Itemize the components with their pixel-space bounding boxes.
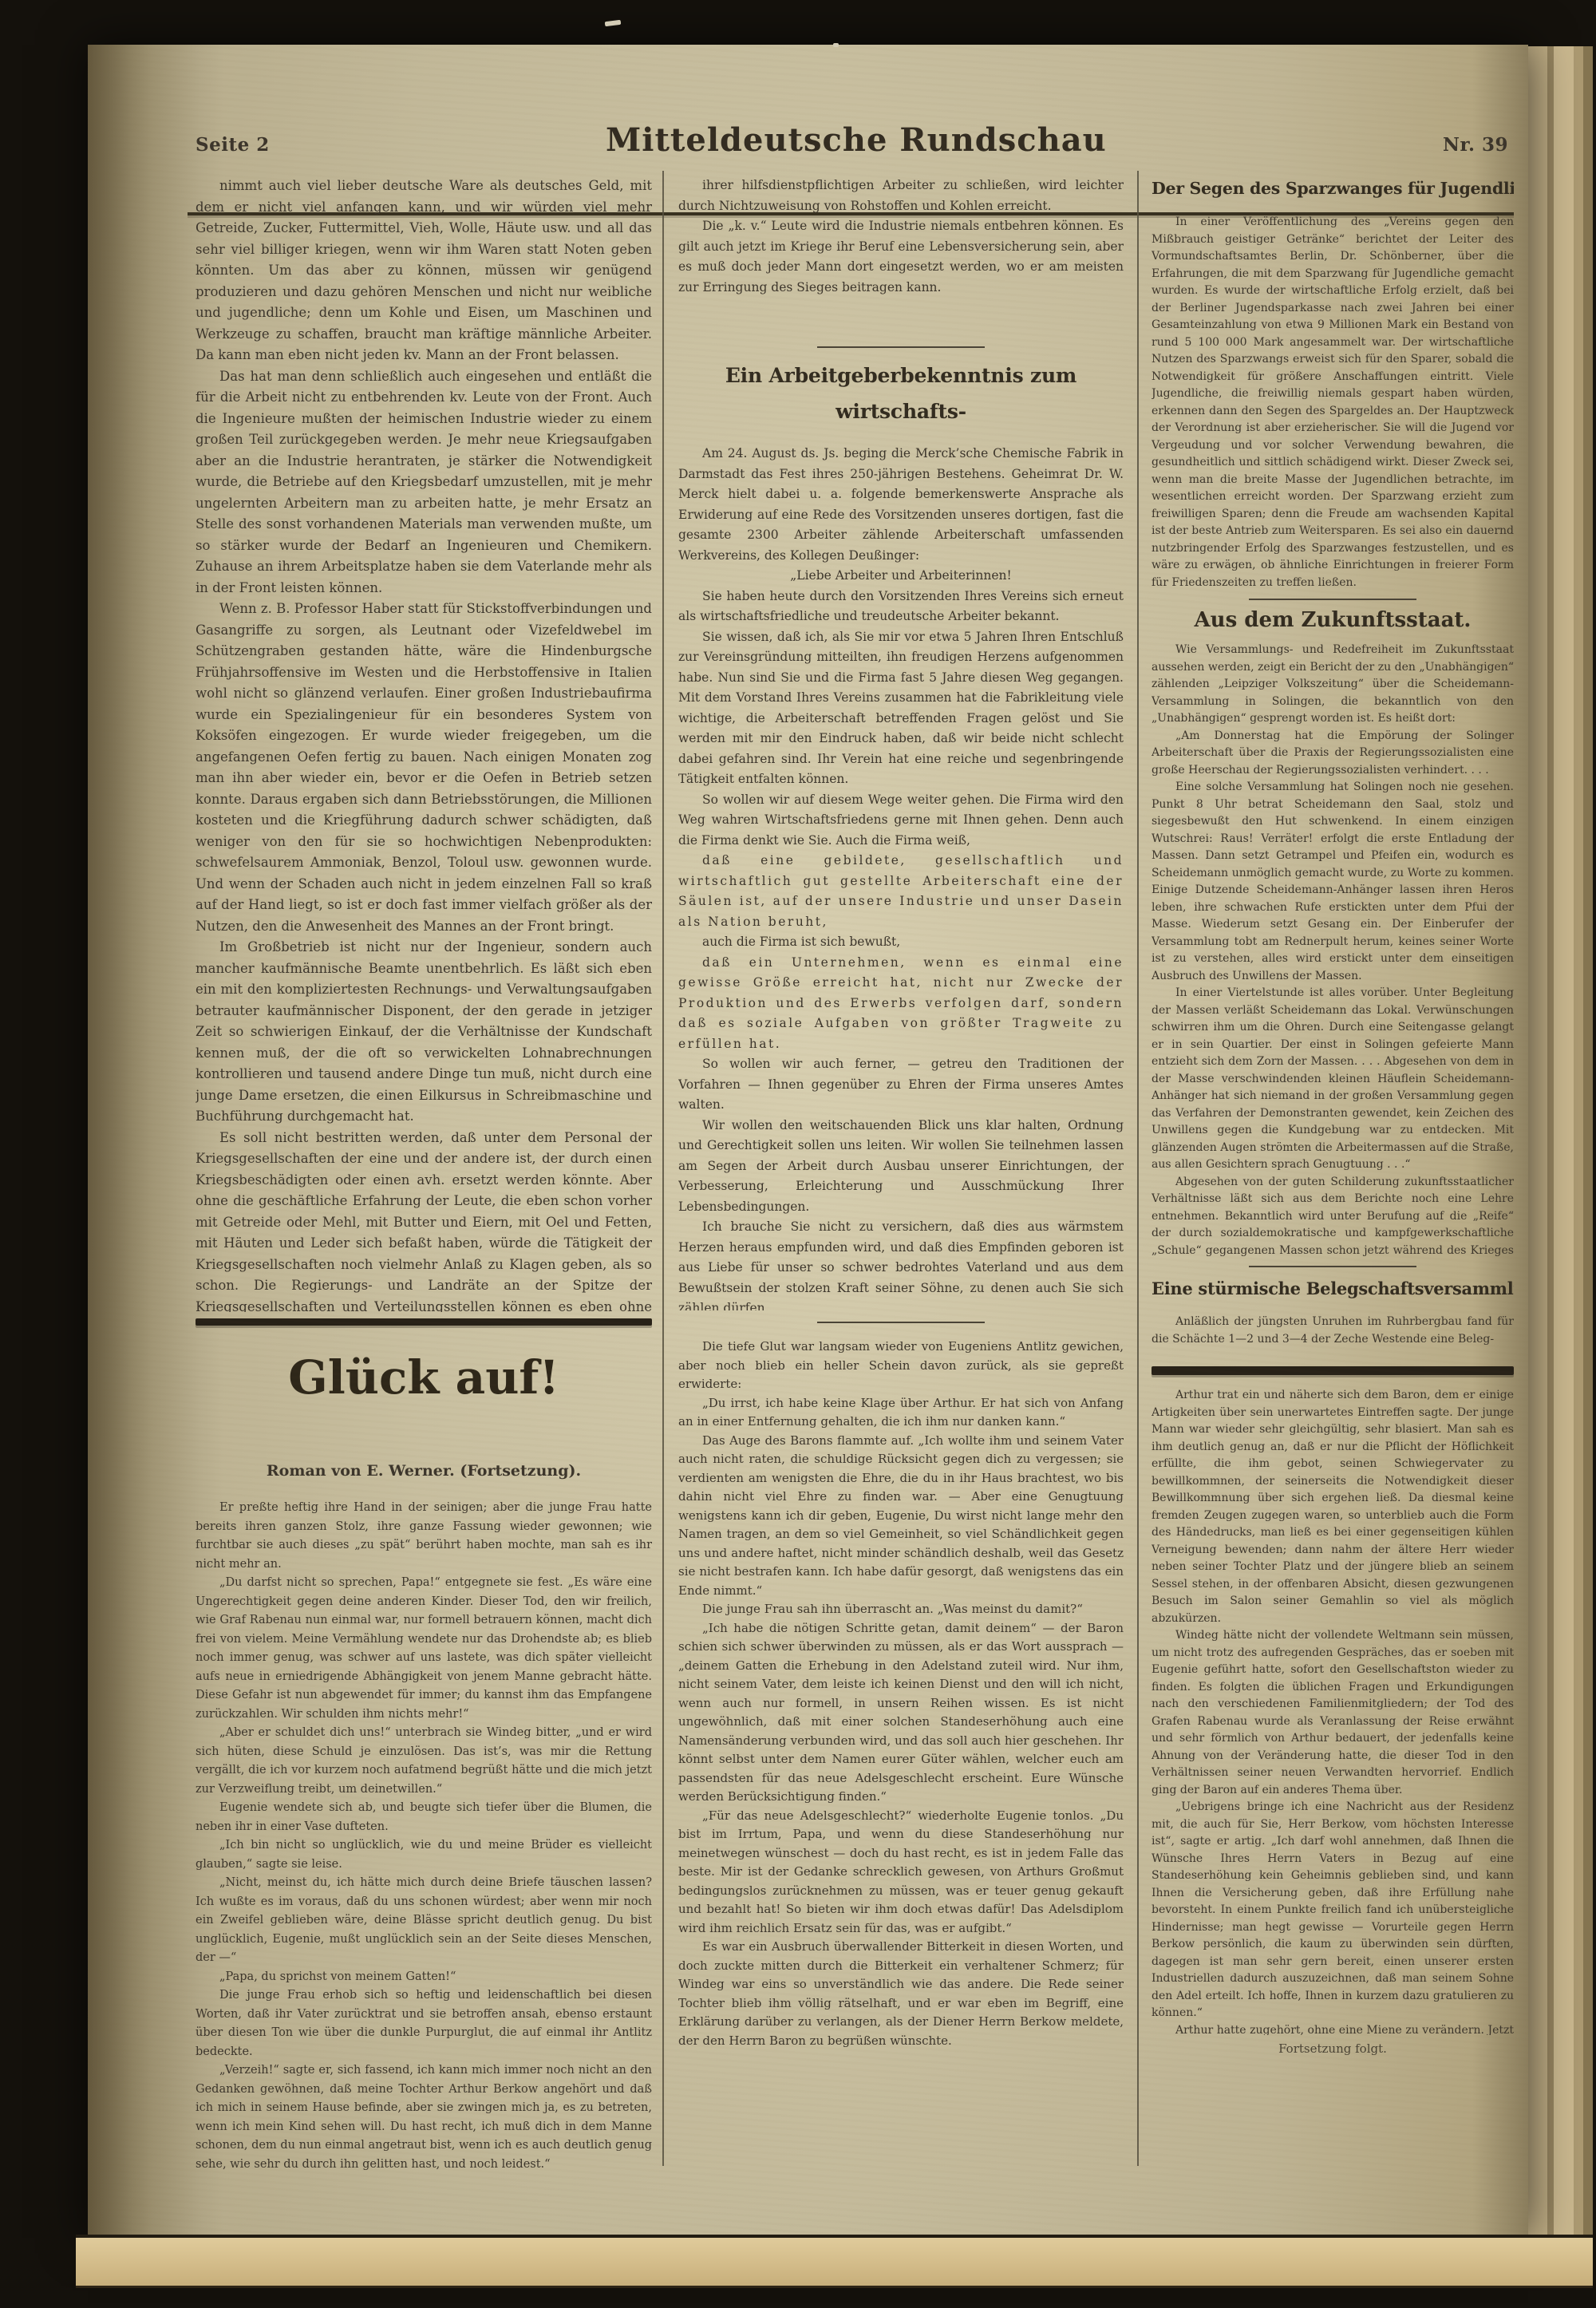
- paragraph: Abgesehen von der guten Schilderung zuku…: [1152, 1174, 1514, 1259]
- column3-article1-text: In einer Veröffentlichung des „Vereins g…: [1152, 214, 1514, 592]
- paragraph: Anläßlich der jüngsten Unruhen im Ruhrbe…: [1152, 1314, 1514, 1348]
- headline-rule: [817, 346, 985, 348]
- paragraph: Das hat man denn schließlich auch einges…: [196, 366, 652, 599]
- paragraph: „Ich habe die nötigen Schritte getan, da…: [678, 1619, 1124, 1807]
- paragraph: Sie haben heute durch den Vorsitzenden I…: [678, 587, 1124, 627]
- headline-rule: [1249, 1266, 1416, 1267]
- column-separator-rule: [1137, 171, 1139, 2166]
- column3-article2-text: Wie Versammlungs- und Redefreiheit im Zu…: [1152, 642, 1514, 1258]
- paragraph: „Du darfst nicht so sprechen, Papa!“ ent…: [196, 1574, 652, 1724]
- scan-artifact: [605, 20, 622, 26]
- feuilleton-title: Glück auf!: [196, 1350, 652, 1417]
- paragraph: Die tiefe Glut war langsam wieder von Eu…: [678, 1338, 1124, 1394]
- feuilleton-byline: Roman von E. Werner. (Fortsetzung).: [196, 1462, 652, 1486]
- paragraph: „Verzeih!“ sagte er, sich fassend, ich k…: [196, 2061, 652, 2171]
- paragraph: Es soll nicht bestritten werden, daß unt…: [196, 1128, 652, 1313]
- paragraph: Am 24. August ds. Js. beging die Merck’s…: [678, 444, 1124, 566]
- paragraph: „Aber er schuldet dich uns!“ unterbrach …: [196, 1724, 652, 1799]
- paragraph: Die junge Frau erhob sich so heftig und …: [196, 1986, 652, 2061]
- paragraph: Er preßte heftig ihre Hand in der seinig…: [196, 1499, 652, 1574]
- column1-top-article: nimmt auch viel lieber deutsche Ware als…: [196, 176, 652, 1312]
- paragraph: Arthur hatte zugehört, ohne eine Miene z…: [1152, 2022, 1514, 2036]
- paragraph: Es war ein Ausbruch überwallender Bitter…: [678, 1938, 1124, 2050]
- section-divider-rule: [196, 1318, 652, 1326]
- paragraph: Wie Versammlungs- und Redefreiheit im Zu…: [1152, 642, 1514, 728]
- paragraph: nimmt auch viel lieber deutsche Ware als…: [196, 176, 652, 366]
- fore-edge-page-layer: [1547, 46, 1554, 2282]
- paragraph: In einer Veröffentlichung des „Vereins g…: [1152, 214, 1514, 591]
- fore-edge-page-layer: [1583, 46, 1593, 2282]
- paragraph: „Ich bin nicht so unglücklich, wie du un…: [196, 1836, 652, 1874]
- paragraph: daß eine gebildete, gesellschaftlich und…: [678, 851, 1124, 932]
- headline-rule: [817, 1322, 985, 1323]
- paragraph: ihrer hilfsdienstpflichtigen Arbeiter zu…: [678, 176, 1124, 216]
- article-headline-belegschaftsversammlung: Eine stürmische Belegschaftsversammlung.: [1152, 1278, 1514, 1309]
- paragraph: auch die Firma ist sich bewußt,: [678, 932, 1124, 953]
- paragraph: Sie wissen, daß ich, als Sie mir vor etw…: [678, 627, 1124, 790]
- paragraph: „Am Donnerstag hat die Empörung der Soli…: [1152, 728, 1514, 780]
- paragraph: Wenn z. B. Professor Haber statt für Sti…: [196, 599, 652, 937]
- fore-edge-page-layer: [1574, 46, 1583, 2282]
- newspaper-page: Seite 2 Mitteldeutsche Rundschau Nr. 39 …: [88, 45, 1528, 2238]
- column3-article3-text: Anläßlich der jüngsten Unruhen im Ruhrbe…: [1152, 1314, 1514, 1360]
- paragraph: Eine solche Versammlung hat Solingen noc…: [1152, 779, 1514, 985]
- fore-edge-page-layer: [1528, 46, 1547, 2282]
- paragraph: Ich brauche Sie nicht zu versichern, daß…: [678, 1217, 1124, 1310]
- paragraph: Wir wollen den weitschauenden Blick uns …: [678, 1116, 1124, 1218]
- paragraph: Windeg hätte nicht der vollendete Weltma…: [1152, 1627, 1514, 1799]
- paragraph: In einer Viertelstunde ist alles vorüber…: [1152, 985, 1514, 1174]
- scan-artifact: [833, 43, 839, 47]
- paragraph: Im Großbetrieb ist nicht nur der Ingenie…: [196, 937, 652, 1128]
- article-headline-zukunftsstaat: Aus dem Zukunftsstaat.: [1152, 608, 1514, 637]
- paragraph: Eugenie wendete sich ab, und beugte sich…: [196, 1799, 652, 1836]
- newspaper-title: Mitteldeutsche Rundschau: [606, 121, 1107, 159]
- paragraph: Die junge Frau sah ihn überrascht an. „W…: [678, 1600, 1124, 1619]
- continuation-note: Fortsetzung folgt.: [1152, 2041, 1514, 2062]
- column2-intro-text: ihrer hilfsdienstpflichtigen Arbeiter zu…: [678, 176, 1124, 338]
- issue-number-label: Nr. 39: [1443, 134, 1508, 156]
- feuilleton-column2-text: Die tiefe Glut war langsam wieder von Eu…: [678, 1338, 1124, 2163]
- paragraph: So wollen wir auch ferner, — getreu den …: [678, 1054, 1124, 1116]
- paragraph: „Für das neue Adelsgeschlecht?“ wiederho…: [678, 1807, 1124, 1938]
- headline-rule: [1249, 599, 1416, 600]
- scan-photo-background: Seite 2 Mitteldeutsche Rundschau Nr. 39 …: [0, 0, 1596, 2308]
- column-separator-rule: [662, 171, 664, 2166]
- section-divider-rule: [1152, 1366, 1514, 1375]
- page-header: Seite 2 Mitteldeutsche Rundschau Nr. 39: [196, 121, 1508, 159]
- article-headline-arbeitgeberbekenntnis: Ein Arbeitgeberbekenntnis zum wirtschaft…: [678, 358, 1124, 434]
- paragraph: So wollen wir auf diesem Wege weiter geh…: [678, 790, 1124, 852]
- paragraph: daß ein Unternehmen, wenn es einmal eine…: [678, 953, 1124, 1055]
- paragraph: Die „k. v.“ Leute wird die Industrie nie…: [678, 216, 1124, 298]
- fore-edge-page-layer: [1554, 46, 1574, 2282]
- paragraph: „Uebrigens bringe ich eine Nachricht aus…: [1152, 1799, 1514, 2022]
- paragraph: Arthur trat ein und näherte sich dem Bar…: [1152, 1387, 1514, 1627]
- paragraph: Das Auge des Barons flammte auf. „Ich wo…: [678, 1432, 1124, 1601]
- feuilleton-column3-text: Arthur trat ein und näherte sich dem Bar…: [1152, 1387, 1514, 2035]
- paragraph: „Du irrst, ich habe keine Klage über Art…: [678, 1394, 1124, 1432]
- under-page-edge: [76, 2235, 1593, 2288]
- paragraph: „Papa, du sprichst von meinem Gatten!“: [196, 1968, 652, 1987]
- page-number-label: Seite 2: [196, 134, 270, 156]
- feuilleton-column1-text: Er preßte heftig ihre Hand in der seinig…: [196, 1499, 652, 2171]
- paragraph: „Liebe Arbeiter und Arbeiterinnen!: [678, 566, 1124, 587]
- column2-article-text: Am 24. August ds. Js. beging die Merck’s…: [678, 444, 1124, 1310]
- paragraph: „Nicht, meinst du, ich hätte mich durch …: [196, 1874, 652, 1968]
- article-headline-sparzwang: Der Segen des Sparzwanges für Jugendlich…: [1152, 179, 1514, 206]
